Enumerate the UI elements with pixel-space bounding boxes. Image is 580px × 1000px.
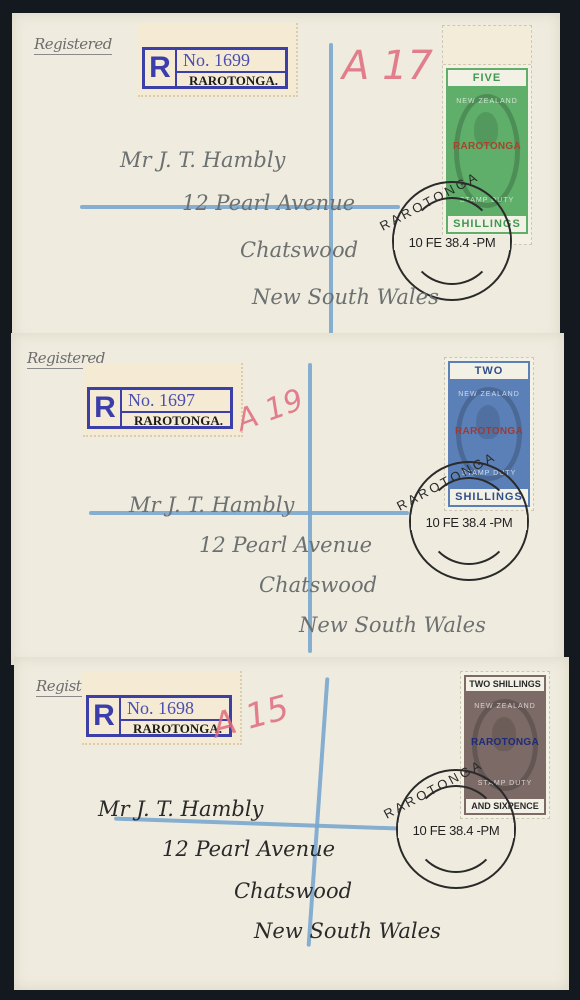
address-line-suburb: Chatswood [240,238,358,262]
registration-letter: R [90,390,122,426]
registration-office: RAROTONGA. [177,73,285,89]
registration-number: No. 1699 [177,50,285,73]
address-line-street: 12 Pearl Avenue [182,191,355,215]
stamp-value-top: FIVE [446,68,528,88]
registration-letter: R [89,698,121,734]
red-crayon-mark: A 17 [342,43,433,89]
address-line-state: New South Wales [299,613,486,637]
stamp-selvedge [443,26,531,65]
registered-endorsement: Registered [34,35,112,55]
envelope-3: Registered R No. 1698 RAROTONGA. A 15 TW… [14,657,569,990]
envelope-1: Registered R No. 1699 RAROTONGA. A 17 FI… [12,13,560,343]
address-line-state: New South Wales [254,919,441,943]
address-line-street: 12 Pearl Avenue [162,837,335,861]
registration-letter: R [145,50,177,86]
address-line-suburb: Chatswood [259,573,377,597]
address-line-street: 12 Pearl Avenue [199,533,372,557]
postmark: RAROTONGA 10 FE 38.4 -PM [396,769,516,889]
stamp-value-top: TWO SHILLINGS [464,675,546,693]
blue-crayon-vertical [307,677,330,947]
address-line-name: Mr J. T. Hambly [129,493,294,517]
postmark-date: 10 FE 38.4 -PM [394,235,510,250]
registration-label: R No. 1697 RAROTONGA. [83,363,243,437]
postmark: RAROTONGA 10 FE 38.4 -PM [409,461,529,581]
registered-endorsement: Registered [36,677,84,697]
stamp-overprint: RAROTONGA [446,141,528,152]
address-line-name: Mr J. T. Hambly [98,797,263,821]
postmark: RAROTONGA 10 FE 38.4 -PM [392,181,512,301]
postmark-date: 10 FE 38.4 -PM [398,823,514,838]
stamp-overprint: RAROTONGA [464,737,546,748]
registration-number: No. 1697 [122,390,230,413]
address-line-suburb: Chatswood [234,879,352,903]
address-line-name: Mr J. T. Hambly [120,148,285,172]
red-crayon-mark: A 19 [232,382,308,438]
envelope-2: Registered R No. 1697 RAROTONGA. A 19 TW… [11,333,564,665]
blue-crayon-vertical [308,363,312,653]
stamp-overprint: RAROTONGA [448,426,530,437]
postmark-date: 10 FE 38.4 -PM [411,515,527,530]
address-line-state: New South Wales [252,285,439,309]
registration-label: R No. 1699 RAROTONGA. [138,23,298,97]
stamp-value-top: TWO [448,361,530,381]
registration-office: RAROTONGA. [122,413,230,429]
